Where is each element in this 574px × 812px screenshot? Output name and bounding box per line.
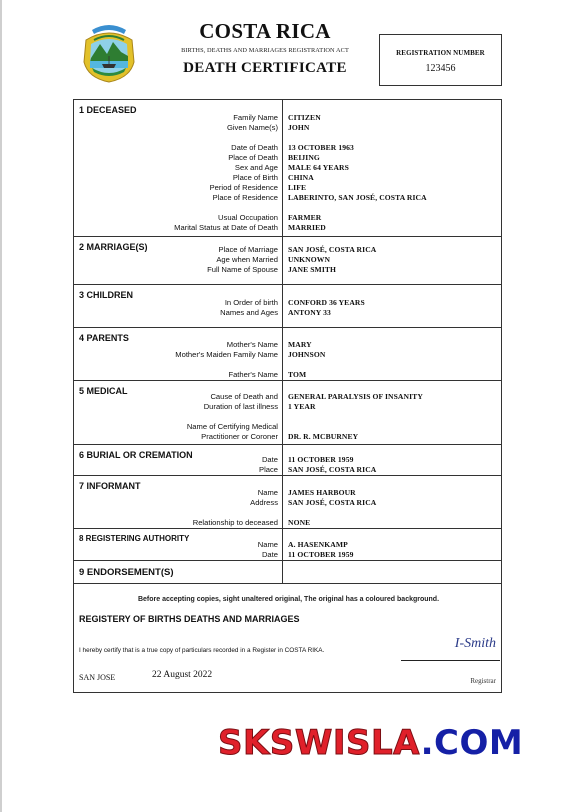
field-value: SAN JOSÉ, COSTA RICA: [288, 245, 376, 255]
field-label: Names and Ages: [78, 308, 278, 318]
coat-of-arms-icon: [80, 22, 138, 84]
field-value: JAMES HARBOUR: [288, 488, 356, 498]
field-label: Address: [78, 498, 278, 508]
section-endorsement: 9 ENDORSEMENT(S): [74, 561, 501, 584]
watermark-main: SKSWISLA: [218, 723, 421, 763]
field-row: NameA. HASENKAMP: [74, 540, 503, 550]
field-row: Date11 OCTOBER 1959: [74, 550, 503, 560]
field-label: Place of Marriage: [78, 245, 278, 255]
field-label: Place of Birth: [78, 173, 278, 183]
field-label: Date: [78, 455, 278, 465]
field-row: Names and AgesANTONY 33: [74, 308, 503, 318]
field-label: Place: [78, 465, 278, 475]
field-value: DR. R. MCBURNEY: [288, 432, 358, 442]
field-row: PlaceSAN JOSÉ, COSTA RICA: [74, 465, 503, 475]
field-label: Father's Name: [78, 370, 278, 380]
field-row: AddressSAN JOSÉ, COSTA RICA: [74, 498, 503, 508]
field-row: Usual OccupationFARMER: [74, 213, 503, 223]
section-informant: 7 INFORMANT NameJAMES HARBOUR AddressSAN…: [74, 476, 501, 529]
document-title: DEATH CERTIFICATE: [150, 60, 380, 77]
registration-number-value: 123456: [380, 63, 501, 74]
field-value: NONE: [288, 518, 310, 528]
registration-number-label: REGISTRATION NUMBER: [380, 49, 501, 57]
field-label: Given Name(s): [78, 123, 278, 133]
field-row: Age when MarriedUNKNOWN: [74, 255, 503, 265]
field-value: MALE 64 YEARS: [288, 163, 349, 173]
field-label: Mother's Maiden Family Name: [78, 350, 278, 360]
field-row: Full Name of SpouseJANE SMITH: [74, 265, 503, 275]
field-label: Date: [78, 550, 278, 560]
field-value: LABERINTO, SAN JOSÉ, COSTA RICA: [288, 193, 427, 203]
field-label: Family Name: [78, 113, 278, 123]
field-value: 1 YEAR: [288, 402, 316, 412]
field-value: MARRIED: [288, 223, 326, 233]
field-label: Marital Status at Date of Death: [78, 223, 278, 233]
field-row: Date11 OCTOBER 1959: [74, 455, 503, 465]
field-row: Place of MarriageSAN JOSÉ, COSTA RICA: [74, 245, 503, 255]
field-label: Date of Death: [78, 143, 278, 153]
certificate-table: 1 DECEASED Family NameCITIZEN Given Name…: [73, 99, 502, 693]
field-row: Mother's NameMARY: [74, 340, 503, 350]
field-row: Name of Certifying Medical: [74, 422, 503, 432]
field-value: CONFORD 36 YEARS: [288, 298, 365, 308]
signature-line: [401, 660, 500, 661]
field-value: JOHN: [288, 123, 310, 133]
field-row: Given Name(s)JOHN: [74, 123, 503, 133]
section-marriage: 2 MARRIAGE(S) Place of MarriageSAN JOSÉ,…: [74, 237, 501, 285]
field-row: Family NameCITIZEN: [74, 113, 503, 123]
field-row: Duration of last illness1 YEAR: [74, 402, 503, 412]
field-row: Sex and AgeMALE 64 YEARS: [74, 163, 503, 173]
field-value: FARMER: [288, 213, 321, 223]
field-value: 11 OCTOBER 1959: [288, 455, 354, 465]
field-row: Place of ResidenceLABERINTO, SAN JOSÉ, C…: [74, 193, 503, 203]
watermark: SKSWISLA.COM: [218, 723, 523, 763]
section-children: 3 CHILDREN In Order of birthCONFORD 36 Y…: [74, 285, 501, 328]
field-value: BEIJING: [288, 153, 320, 163]
section-parents: 4 PARENTS Mother's NameMARY Mother's Mai…: [74, 328, 501, 381]
title-block: COSTA RICA BIRTHS, DEATHS AND MARRIAGES …: [150, 18, 380, 77]
field-value: MARY: [288, 340, 312, 350]
field-row: Place of DeathBEIJING: [74, 153, 503, 163]
field-value: ANTONY 33: [288, 308, 331, 318]
section-title: 9 ENDORSEMENT(S): [79, 567, 173, 578]
field-label: Cause of Death and: [78, 392, 278, 402]
field-value: TOM: [288, 370, 306, 380]
field-row: Mother's Maiden Family NameJOHNSON: [74, 350, 503, 360]
field-label: Name: [78, 488, 278, 498]
section-deceased: 1 DECEASED Family NameCITIZEN Given Name…: [74, 100, 501, 237]
field-row: Place of BirthCHINA: [74, 173, 503, 183]
issue-place: SAN JOSE: [79, 673, 115, 682]
field-label: Name of Certifying Medical: [78, 422, 278, 432]
field-value: CITIZEN: [288, 113, 321, 123]
field-value: A. HASENKAMP: [288, 540, 348, 550]
copy-notice: Before accepting copies, sight unaltered…: [74, 596, 503, 603]
field-row: NameJAMES HARBOUR: [74, 488, 503, 498]
field-row: Marital Status at Date of DeathMARRIED: [74, 223, 503, 233]
field-label: Usual Occupation: [78, 213, 278, 223]
field-row: Date of Death13 OCTOBER 1963: [74, 143, 503, 153]
field-label: Place of Residence: [78, 193, 278, 203]
section-burial: 6 BURIAL OR CREMATION Date11 OCTOBER 195…: [74, 445, 501, 476]
field-label: Full Name of Spouse: [78, 265, 278, 275]
certificate-footer: Before accepting copies, sight unaltered…: [74, 584, 501, 692]
field-value: JANE SMITH: [288, 265, 336, 275]
field-value: CHINA: [288, 173, 314, 183]
field-value: JOHNSON: [288, 350, 325, 360]
field-row: Father's NameTOM: [74, 370, 503, 380]
field-label: Age when Married: [78, 255, 278, 265]
field-label: Practitioner or Coroner: [78, 432, 278, 442]
field-value: SAN JOSÉ, COSTA RICA: [288, 465, 376, 475]
field-label: In Order of birth: [78, 298, 278, 308]
country-title: COSTA RICA: [150, 18, 380, 44]
field-label: Name: [78, 540, 278, 550]
certification-text: I hereby certify that is a true copy of …: [79, 647, 349, 655]
field-value: GENERAL PARALYSIS OF INSANITY: [288, 392, 423, 402]
page-edge: [0, 0, 2, 812]
field-row: Practitioner or CoronerDR. R. MCBURNEY: [74, 432, 503, 442]
field-value: UNKNOWN: [288, 255, 330, 265]
field-label: Sex and Age: [78, 163, 278, 173]
section-medical: 5 MEDICAL Cause of Death andGENERAL PARA…: [74, 381, 501, 445]
issue-date: 22 August 2022: [152, 670, 212, 680]
field-row: Period of ResidenceLIFE: [74, 183, 503, 193]
field-value: SAN JOSÉ, COSTA RICA: [288, 498, 376, 508]
registrar-signature: I-Smith: [455, 636, 496, 652]
act-subtitle: BIRTHS, DEATHS AND MARRIAGES REGISTRATIO…: [150, 47, 380, 54]
field-row: Cause of Death andGENERAL PARALYSIS OF I…: [74, 392, 503, 402]
field-row: Relationship to deceasedNONE: [74, 518, 503, 528]
field-value: LIFE: [288, 183, 306, 193]
field-value: 11 OCTOBER 1959: [288, 550, 354, 560]
field-row: In Order of birthCONFORD 36 YEARS: [74, 298, 503, 308]
registration-number-box: REGISTRATION NUMBER 123456: [379, 34, 502, 86]
section-registering-authority: 8 REGISTERING AUTHORITY NameA. HASENKAMP…: [74, 529, 501, 561]
registry-title: REGISTERY OF BIRTHS DEATHS AND MARRIAGES: [79, 614, 300, 624]
field-label: Relationship to deceased: [78, 518, 278, 528]
field-label: Period of Residence: [78, 183, 278, 193]
watermark-suffix: .COM: [421, 723, 524, 763]
field-label: Duration of last illness: [78, 402, 278, 412]
field-label: Place of Death: [78, 153, 278, 163]
field-value: 13 OCTOBER 1963: [288, 143, 354, 153]
field-label: Mother's Name: [78, 340, 278, 350]
registrar-label: Registrar: [470, 677, 496, 685]
